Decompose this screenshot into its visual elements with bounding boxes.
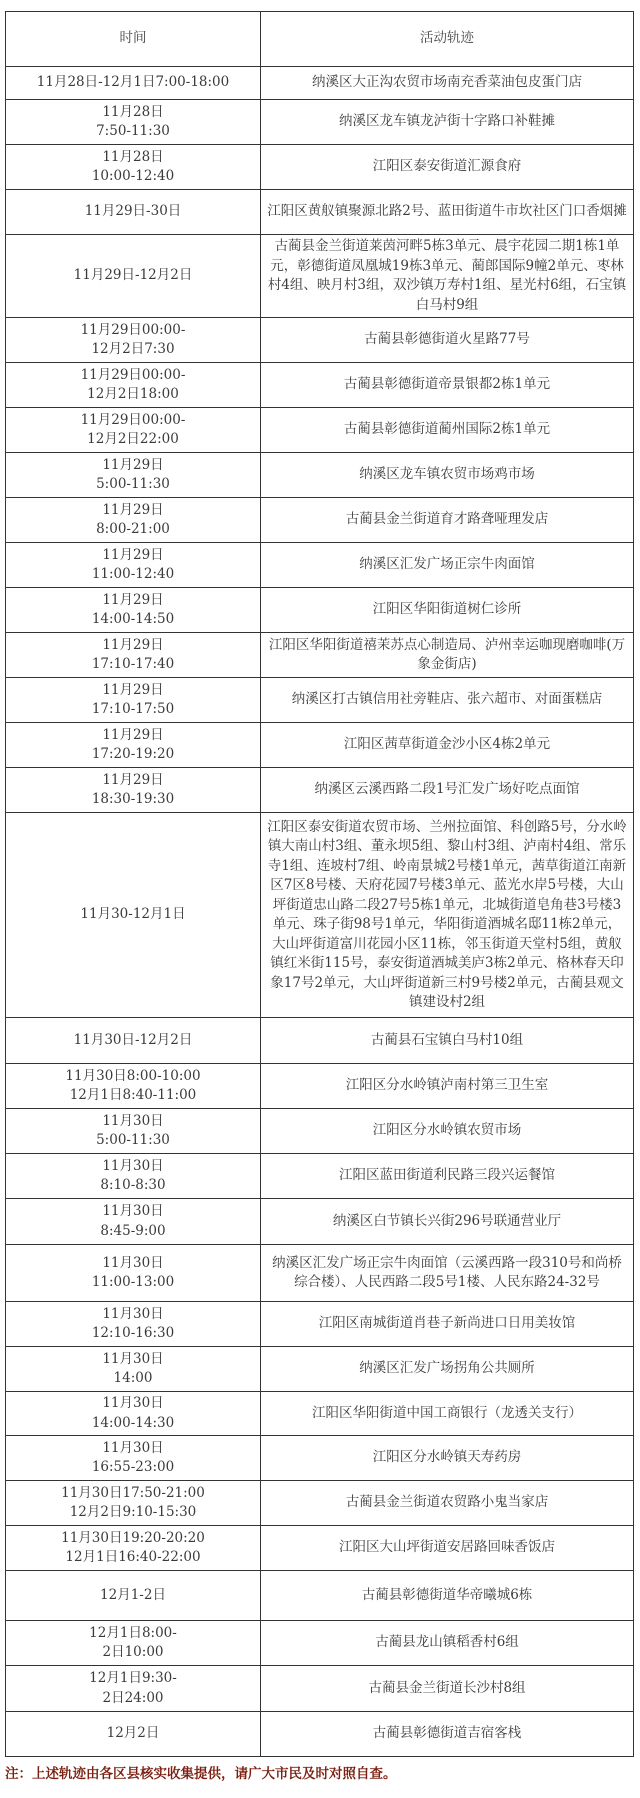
time-cell: 11月29日 18:30-19:30 xyxy=(6,768,261,813)
table-row: 11月29日 5:00-11:30纳溪区龙车镇农贸市场鸡市场 xyxy=(6,453,634,498)
track-cell: 江阳区分水岭镇天寿药房 xyxy=(261,1436,634,1481)
table-row: 11月30日 5:00-11:30江阳区分水岭镇农贸市场 xyxy=(6,1109,634,1154)
track-cell: 江阳区蓝田街道利民路三段兴运餐馆 xyxy=(261,1154,634,1199)
track-cell: 纳溪区大正沟农贸市场南充香菜油包皮蛋门店 xyxy=(261,67,634,100)
table-row: 11月30日17:50-21:00 12月2日9:10-15:30古蔺县金兰街道… xyxy=(6,1481,634,1526)
time-cell: 12月2日 xyxy=(6,1712,261,1757)
time-cell: 11月30日19:20-20:20 12月1日16:40-22:00 xyxy=(6,1526,261,1571)
time-cell: 11月30日 16:55-23:00 xyxy=(6,1436,261,1481)
column-header-track: 活动轨迹 xyxy=(261,12,634,67)
table-row: 11月30日8:00-10:00 12月1日8:40-11:00江阳区分水岭镇泸… xyxy=(6,1064,634,1109)
table-row: 11月30日-12月2日古蔺县石宝镇白马村10组 xyxy=(6,1018,634,1064)
time-cell: 11月29日00:00- 12月2日18:00 xyxy=(6,363,261,408)
time-cell: 11月30日 11:00-13:00 xyxy=(6,1245,261,1302)
table-row: 11月30日 11:00-13:00纳溪区汇发广场正宗牛肉面馆（云溪西路一段31… xyxy=(6,1245,634,1302)
table-row: 11月29日00:00- 12月2日18:00古蔺县彰德街道帝景银都2栋1单元 xyxy=(6,363,634,408)
track-cell: 江阳区分水岭镇农贸市场 xyxy=(261,1109,634,1154)
track-cell: 纳溪区龙车镇农贸市场鸡市场 xyxy=(261,453,634,498)
table-row: 11月29日 11:00-12:40纳溪区汇发广场正宗牛肉面馆 xyxy=(6,543,634,588)
table-row: 11月29日-12月2日古蔺县金兰街道莱茵河畔5栋3单元、晨宇花园二期1栋1单元… xyxy=(6,235,634,318)
track-cell: 纳溪区汇发广场正宗牛肉面馆（云溪西路一段310号和尚桥综合楼）、人民西路二段5号… xyxy=(261,1245,634,1302)
time-cell: 11月29日00:00- 12月2日22:00 xyxy=(6,408,261,453)
time-cell: 11月29日 17:10-17:50 xyxy=(6,678,261,723)
track-cell: 纳溪区打古镇信用社旁鞋店、张六超市、对面蛋糕店 xyxy=(261,678,634,723)
track-cell: 纳溪区汇发广场拐角公共厕所 xyxy=(261,1347,634,1392)
track-cell: 江阳区茜草街道金沙小区4栋2单元 xyxy=(261,723,634,768)
time-cell: 11月30-12月1日 xyxy=(6,813,261,1018)
track-cell: 古蔺县龙山镇稻香村6组 xyxy=(261,1621,634,1666)
table-row: 11月28日-12月1日7:00-18:00纳溪区大正沟农贸市场南充香菜油包皮蛋… xyxy=(6,67,634,100)
table-row: 11月29日 17:20-19:20江阳区茜草街道金沙小区4栋2单元 xyxy=(6,723,634,768)
track-cell: 纳溪区龙车镇龙泸街十字路口补鞋摊 xyxy=(261,100,634,145)
track-cell: 古蔺县金兰街道农贸路小鬼当家店 xyxy=(261,1481,634,1526)
table-row: 11月30日19:20-20:20 12月1日16:40-22:00江阳区大山坪… xyxy=(6,1526,634,1571)
time-cell: 11月30日17:50-21:00 12月2日9:10-15:30 xyxy=(6,1481,261,1526)
table-row: 11月30日 8:45-9:00纳溪区白节镇长兴街296号联通营业厅 xyxy=(6,1199,634,1245)
table-row: 11月30日 16:55-23:00江阳区分水岭镇天寿药房 xyxy=(6,1436,634,1481)
track-cell: 古蔺县彰德街道华帝曦城6栋 xyxy=(261,1571,634,1621)
track-cell: 古蔺县金兰街道育才路聋哑理发店 xyxy=(261,498,634,543)
table-row: 11月30日 14:00-14:30江阳区华阳街道中国工商银行（龙透关支行） xyxy=(6,1392,634,1436)
track-cell: 江阳区分水岭镇泸南村第三卫生室 xyxy=(261,1064,634,1109)
time-cell: 11月29日 17:10-17:40 xyxy=(6,633,261,678)
track-cell: 江阳区黄舣镇聚源北路2号、蓝田街道牛市坎社区门口香烟摊 xyxy=(261,190,634,235)
time-cell: 11月29日-12月2日 xyxy=(6,235,261,318)
table-row: 11月28日 10:00-12:40江阳区泰安街道汇源食府 xyxy=(6,145,634,190)
track-cell: 江阳区华阳街道禧茉苏点心制造局、泸州幸运咖现磨咖啡(万象金街店) xyxy=(261,633,634,678)
time-cell: 11月30日 12:10-16:30 xyxy=(6,1302,261,1347)
table-row: 12月2日古蔺县彰德街道吉宿客栈 xyxy=(6,1712,634,1757)
time-cell: 11月29日 5:00-11:30 xyxy=(6,453,261,498)
table-row: 11月30日 12:10-16:30江阳区南城街道肖巷子新尚进口日用美妆馆 xyxy=(6,1302,634,1347)
track-cell: 古蔺县金兰街道莱茵河畔5栋3单元、晨宇花园二期1栋1单元，彰德街道凤凰城19栋3… xyxy=(261,235,634,318)
table-row: 12月1日8:00- 2日10:00古蔺县龙山镇稻香村6组 xyxy=(6,1621,634,1666)
time-cell: 12月1日8:00- 2日10:00 xyxy=(6,1621,261,1666)
track-cell: 古蔺县彰德街道火星路77号 xyxy=(261,318,634,363)
time-cell: 11月28日-12月1日7:00-18:00 xyxy=(6,67,261,100)
track-cell: 古蔺县石宝镇白马村10组 xyxy=(261,1018,634,1064)
table-row: 11月29日00:00- 12月2日22:00古蔺县彰德街道蔺州国际2栋1单元 xyxy=(6,408,634,453)
track-cell: 江阳区泰安街道农贸市场、兰州拉面馆、科创路5号，分水岭镇大南山村3组、董永坝5组… xyxy=(261,813,634,1018)
table-body: 11月28日-12月1日7:00-18:00纳溪区大正沟农贸市场南充香菜油包皮蛋… xyxy=(6,67,634,1757)
time-cell: 11月30日8:00-10:00 12月1日8:40-11:00 xyxy=(6,1064,261,1109)
track-cell: 古蔺县彰德街道帝景银都2栋1单元 xyxy=(261,363,634,408)
table-row: 12月1-2日古蔺县彰德街道华帝曦城6栋 xyxy=(6,1571,634,1621)
table-row: 11月29日 17:10-17:40江阳区华阳街道禧茉苏点心制造局、泸州幸运咖现… xyxy=(6,633,634,678)
time-cell: 11月29日00:00- 12月2日7:30 xyxy=(6,318,261,363)
table-row: 11月30日 14:00纳溪区汇发广场拐角公共厕所 xyxy=(6,1347,634,1392)
time-cell: 11月30日 14:00-14:30 xyxy=(6,1392,261,1436)
time-cell: 12月1-2日 xyxy=(6,1571,261,1621)
time-cell: 11月30日 8:10-8:30 xyxy=(6,1154,261,1199)
table-header-row: 时间 活动轨迹 xyxy=(6,12,634,67)
table-row: 11月29日 18:30-19:30纳溪区云溪西路二段1号汇发广场好吃点面馆 xyxy=(6,768,634,813)
table-row: 11月30日 8:10-8:30江阳区蓝田街道利民路三段兴运餐馆 xyxy=(6,1154,634,1199)
track-cell: 纳溪区云溪西路二段1号汇发广场好吃点面馆 xyxy=(261,768,634,813)
time-cell: 11月29日-30日 xyxy=(6,190,261,235)
activity-track-table: 时间 活动轨迹 11月28日-12月1日7:00-18:00纳溪区大正沟农贸市场… xyxy=(5,11,634,1757)
track-cell: 江阳区华阳街道中国工商银行（龙透关支行） xyxy=(261,1392,634,1436)
table-row: 11月29日-30日江阳区黄舣镇聚源北路2号、蓝田街道牛市坎社区门口香烟摊 xyxy=(6,190,634,235)
table-row: 11月29日 8:00-21:00古蔺县金兰街道育才路聋哑理发店 xyxy=(6,498,634,543)
table-row: 11月29日 14:00-14:50江阳区华阳街道树仁诊所 xyxy=(6,588,634,633)
track-cell: 江阳区华阳街道树仁诊所 xyxy=(261,588,634,633)
time-cell: 11月30日-12月2日 xyxy=(6,1018,261,1064)
time-cell: 11月29日 11:00-12:40 xyxy=(6,543,261,588)
time-cell: 11月28日 10:00-12:40 xyxy=(6,145,261,190)
table-row: 11月29日00:00- 12月2日7:30古蔺县彰德街道火星路77号 xyxy=(6,318,634,363)
column-header-time: 时间 xyxy=(6,12,261,67)
track-cell: 江阳区南城街道肖巷子新尚进口日用美妆馆 xyxy=(261,1302,634,1347)
track-cell: 古蔺县彰德街道蔺州国际2栋1单元 xyxy=(261,408,634,453)
track-cell: 古蔺县彰德街道吉宿客栈 xyxy=(261,1712,634,1757)
time-cell: 11月29日 8:00-21:00 xyxy=(6,498,261,543)
time-cell: 11月29日 17:20-19:20 xyxy=(6,723,261,768)
track-cell: 纳溪区白节镇长兴街296号联通营业厅 xyxy=(261,1199,634,1245)
table-row: 11月28日 7:50-11:30纳溪区龙车镇龙泸街十字路口补鞋摊 xyxy=(6,100,634,145)
table-row: 11月30-12月1日江阳区泰安街道农贸市场、兰州拉面馆、科创路5号，分水岭镇大… xyxy=(6,813,634,1018)
table-row: 11月29日 17:10-17:50纳溪区打古镇信用社旁鞋店、张六超市、对面蛋糕… xyxy=(6,678,634,723)
time-cell: 11月28日 7:50-11:30 xyxy=(6,100,261,145)
time-cell: 11月30日 8:45-9:00 xyxy=(6,1199,261,1245)
track-cell: 纳溪区汇发广场正宗牛肉面馆 xyxy=(261,543,634,588)
track-cell: 古蔺县金兰街道长沙村8组 xyxy=(261,1666,634,1712)
footnote: 注：上述轨迹由各区县核实收集提供，请广大市民及时对照自查。 xyxy=(5,1762,397,1782)
track-cell: 江阳区泰安街道汇源食府 xyxy=(261,145,634,190)
time-cell: 11月29日 14:00-14:50 xyxy=(6,588,261,633)
time-cell: 12月1日9:30- 2日24:00 xyxy=(6,1666,261,1712)
table-row: 12月1日9:30- 2日24:00古蔺县金兰街道长沙村8组 xyxy=(6,1666,634,1712)
time-cell: 11月30日 14:00 xyxy=(6,1347,261,1392)
time-cell: 11月30日 5:00-11:30 xyxy=(6,1109,261,1154)
track-cell: 江阳区大山坪街道安居路回味香饭店 xyxy=(261,1526,634,1571)
